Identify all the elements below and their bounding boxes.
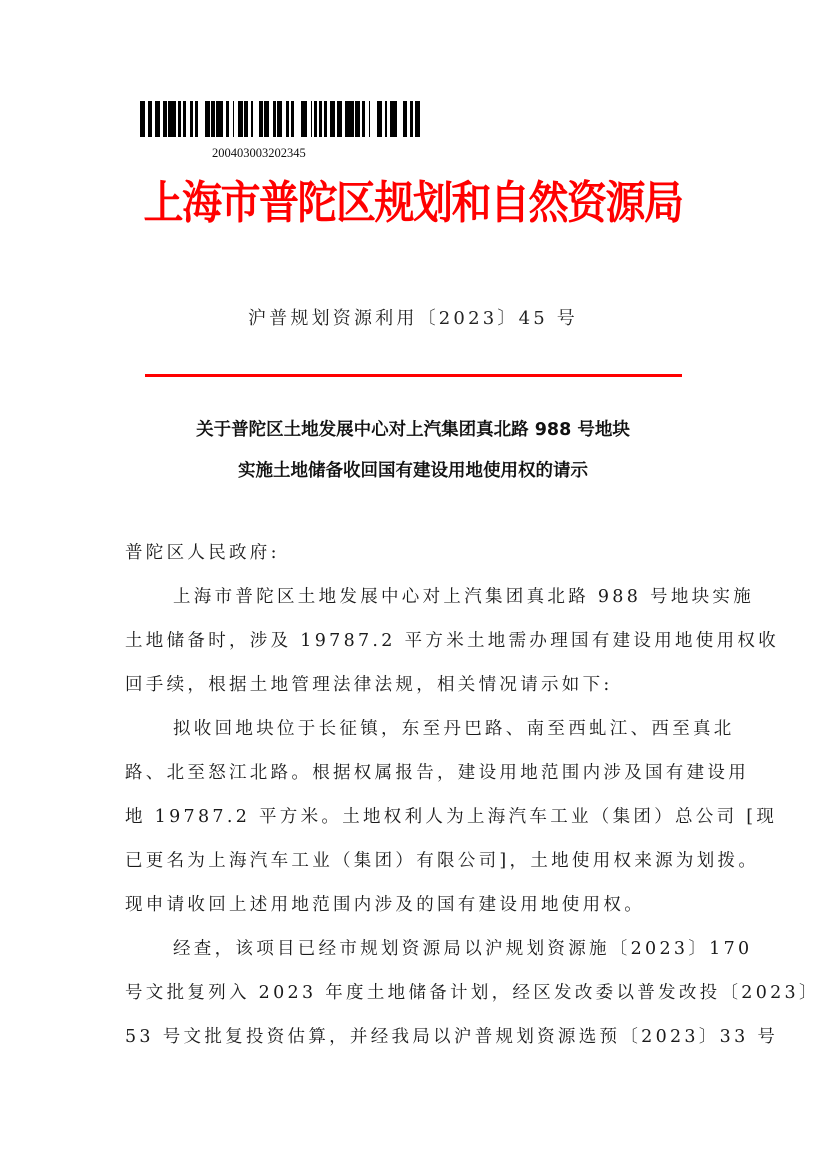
barcode-space <box>253 101 260 137</box>
document-number: 沪普规划资源利用〔2023〕45 号 <box>0 304 826 330</box>
subject-line-1: 关于普陀区土地发展中心对上汽集团真北路 988 号地块 <box>0 410 826 451</box>
body-line: 地 19787.2 平方米。土地权利人为上海汽车工业（集团）总公司 [现 <box>125 795 705 839</box>
barcode-bar <box>216 101 223 137</box>
agency-title: 上海市普陀区规划和自然资源局 <box>0 172 826 235</box>
red-divider-rule <box>145 374 682 377</box>
barcode <box>140 101 420 137</box>
barcode-space <box>370 101 377 137</box>
barcode-space <box>294 101 301 137</box>
barcode-space <box>397 101 404 137</box>
document-body: 普陀区人民政府: 上海市普陀区土地发展中心对上汽集团真北路 988 号地块实施 … <box>125 531 705 1059</box>
barcode-bar <box>415 101 420 137</box>
body-line: 土地储备时，涉及 19787.2 平方米土地需办理国有建设用地使用权收 <box>125 619 705 663</box>
body-line: 拟收回地块位于长征镇，东至丹巴路、南至西虬江、西至真北 <box>125 707 705 751</box>
barcode-bar <box>345 101 353 137</box>
barcode-space <box>198 101 205 137</box>
body-line: 上海市普陀区土地发展中心对上汽集团真北路 988 号地块实施 <box>125 575 705 619</box>
barcode-bar <box>301 101 308 137</box>
salutation: 普陀区人民政府: <box>125 531 705 575</box>
body-line: 经查，该项目已经市规划资源局以沪规划资源施〔2023〕170 <box>125 927 705 971</box>
subject-line-2: 实施土地储备收回国有建设用地使用权的请示 <box>0 451 826 492</box>
document-subject: 关于普陀区土地发展中心对上汽集团真北路 988 号地块 实施土地储备收回国有建设… <box>0 410 826 492</box>
barcode-bar <box>168 101 176 137</box>
body-line: 路、北至怒江北路。根据权属报告，建设用地范围内涉及国有建设用 <box>125 751 705 795</box>
body-line: 现申请收回上述用地范围内涉及的国有建设用地使用权。 <box>125 883 705 927</box>
barcode-bar <box>390 101 397 137</box>
body-line: 53 号文批复投资估算，并经我局以沪普规划资源选预〔2023〕33 号 <box>125 1015 705 1059</box>
body-line: 号文批复列入 2023 年度土地储备计划，经区发改委以普发改投〔2023〕 <box>125 971 705 1015</box>
body-line: 回手续，根据土地管理法律法规，相关情况请示如下: <box>125 663 705 707</box>
body-line: 已更名为上海汽车工业（集团）有限公司]，土地使用权来源为划拨。 <box>125 839 705 883</box>
barcode-number: 200403003202345 <box>212 146 306 161</box>
